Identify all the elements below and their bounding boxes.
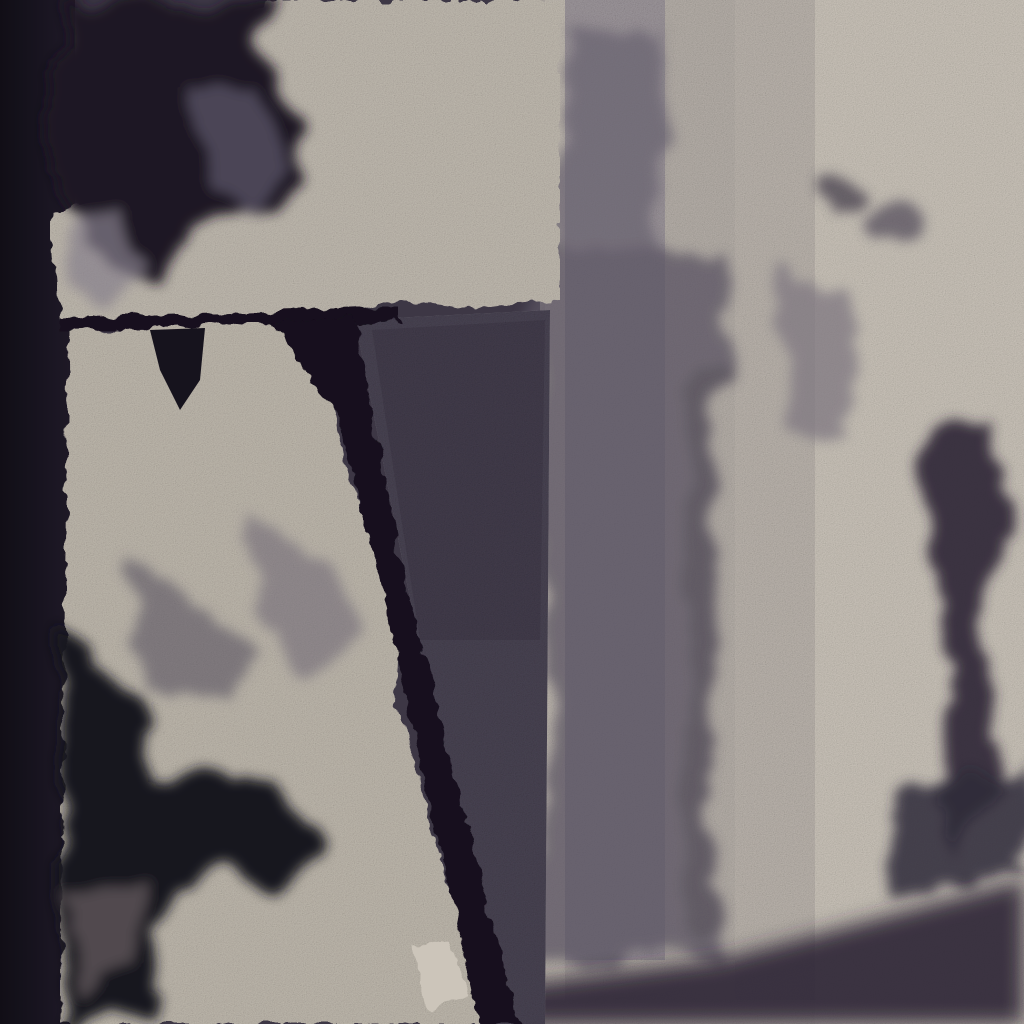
torn-paper-artwork xyxy=(0,0,1024,1024)
tone-overlay xyxy=(0,0,1024,1024)
photograph: Weathered torn paper collage — abstract … xyxy=(0,0,1024,1024)
